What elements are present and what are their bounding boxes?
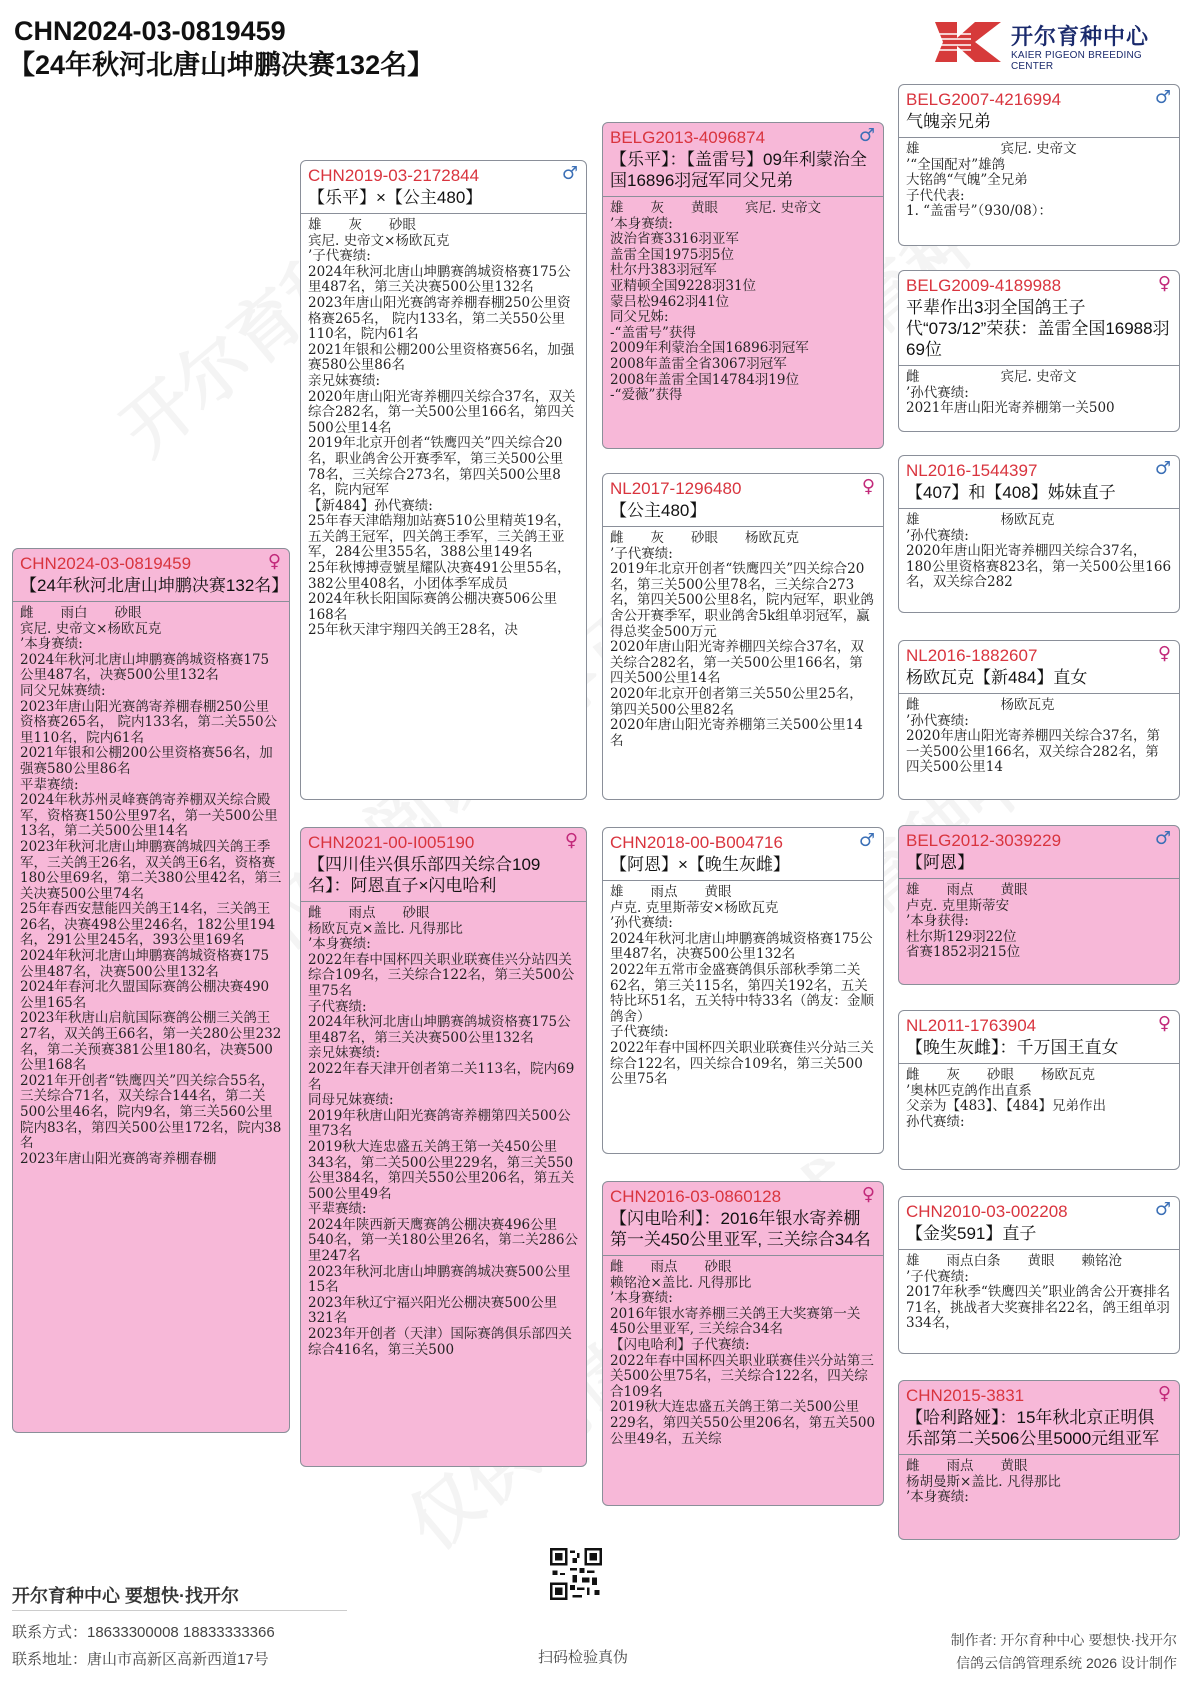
record-line: 赖铭沧×盖比. 凡得那比	[610, 1276, 876, 1292]
card-header: CHN2015-3831♀【哈利路娅】：15年秋北京正明俱乐部第二关506公里5…	[899, 1381, 1179, 1455]
pedigree-card-ds-sire[interactable]: BELG2012-3039229♂【阿恩】雄 雨点 黄眼卢克. 克里斯蒂安’本身…	[898, 825, 1180, 985]
ring-number: NL2016-1544397	[906, 460, 1171, 482]
record-line: 雄 杨欧瓦克	[906, 513, 1172, 529]
record-line: 省赛1852羽215位	[906, 945, 1172, 961]
pigeon-name: 【阿恩】	[906, 852, 1171, 873]
card-body: 雄 宾尼. 史帝文’“全国配对”雄鸽大铭鸽“气魄”全兄弟子代代表:1. “盖雷号…	[899, 138, 1179, 224]
record-line: 2020年唐山阳光寄养棚四关综合37名，双关综合282名，第一关500公里166…	[610, 640, 876, 687]
record-line: ’本身赛绩:	[610, 1291, 876, 1307]
pigeon-name: 【金奖591】直子	[906, 1223, 1171, 1244]
record-line: 波治省赛3316羽亚军	[610, 232, 876, 248]
record-line: 雌 雨白 砂眼	[20, 606, 282, 622]
record-line: 2024年秋苏州灵峰赛鸽寄养棚双关综合殿军，资格赛150公里97名，第一关500…	[20, 793, 282, 840]
record-line: 同父兄妹赛绩:	[20, 684, 282, 700]
ring-number: CHN2016-03-0860128	[610, 1186, 875, 1208]
male-icon: ♂	[1155, 1199, 1171, 1221]
pigeon-name: 【四川佳兴俱乐部四关综合109名】：阿恩直子×闪电哈利	[308, 854, 578, 896]
card-header: NL2016-1882607♀杨欧瓦克【新484】直女	[899, 641, 1179, 694]
title-ring: CHN2024-03-0819459	[14, 16, 286, 46]
card-header: CHN2021-00-I005190♀【四川佳兴俱乐部四关综合109名】：阿恩直…	[301, 828, 586, 902]
record-line: 亲兄妹赛绩:	[308, 1046, 579, 1062]
pigeon-name: 【24年秋河北唐山坤鹏决赛132名】	[20, 575, 281, 596]
card-header: BELG2012-3039229♂【阿恩】	[899, 826, 1179, 879]
card-body: 雄 杨欧瓦克’孙代赛绩:2020年唐山阳光寄养棚四关综合37名，180公里资格赛…	[899, 509, 1179, 595]
record-line: ’本身赛绩:	[20, 637, 282, 653]
record-line: 2019秋大连忠盛五关鸽王第二关500公里229名，第四关550公里206名，第…	[610, 1400, 876, 1447]
record-line: 2024年秋河北唐山坤鹏赛鸽城资格赛175公里487名，决赛500公里132名	[20, 653, 282, 684]
pigeon-name: 杨欧瓦克【新484】直女	[906, 667, 1171, 688]
record-line: 2022年春天津开创者第二关113名，院内69名	[308, 1062, 579, 1093]
card-header: BELG2007-4216994♂气魄亲兄弟	[899, 85, 1179, 138]
record-line: 2022年五常市金盛赛鸽俱乐部秋季第二关62名，第三关115名，第四关192名，…	[610, 963, 876, 1025]
female-icon: ♀	[1158, 1013, 1171, 1035]
card-header: NL2011-1763904♀【晚生灰雌】：千万国王直女	[899, 1011, 1179, 1064]
record-line: 25年春西安慧能四关鸽王14名，三关鸽王26名，决赛498公里246名，182公…	[20, 902, 282, 949]
record-line: 2019年秋唐山阳光赛鸽寄养棚第四关500公里73名	[308, 1109, 579, 1140]
ring-number: NL2016-1882607	[906, 645, 1171, 667]
female-icon: ♀	[1158, 643, 1171, 665]
record-line: 2017年秋季“铁鹰四关”职业鸽舍公开赛排名71名，挑战者大奖赛排名22名，鸽王…	[906, 1285, 1172, 1332]
pedigree-card-sire-dam[interactable]: NL2017-1296480♀【公主480】雌 灰 砂眼 杨欧瓦克’子代赛绩:2…	[602, 473, 884, 800]
record-line: 2021年唐山阳光寄养棚第一关500	[906, 401, 1172, 417]
record-line: 雄 雨点 黄眼	[906, 883, 1172, 899]
record-line: 2024年陕西新天鹰赛鸽公棚决赛496公里540名，第一关180公里26名，第二…	[308, 1218, 579, 1265]
card-body: 雄 雨点 黄眼卢克. 克里斯蒂安×杨欧瓦克’孙代赛绩:2024年秋河北唐山坤鹏赛…	[603, 881, 883, 1092]
ring-number: BELG2009-4189988	[906, 275, 1171, 297]
record-line: 2020年北京开创者第三关550公里25名，第四关500公里82名	[610, 687, 876, 718]
record-line: 大铭鸽“气魄”全兄弟	[906, 173, 1172, 189]
record-line: 宾尼. 史帝文×杨欧瓦克	[308, 234, 579, 250]
record-line: 2019秋大连忠盛五关鸽王第一关450公里343名，第二关500公里229名，第…	[308, 1140, 579, 1202]
record-line: 2020年唐山阳光寄养棚四关综合37名，180公里资格赛823名，第一关500公…	[906, 544, 1172, 591]
footer-slogan: 开尔育种中心 要想快·找开尔	[12, 1582, 239, 1608]
ring-number: CHN2024-03-0819459	[20, 553, 281, 575]
pigeon-name: 【哈利路娅】：15年秋北京正明俱乐部第二关506公里5000元组亚军	[906, 1407, 1171, 1449]
record-line: ’孙代赛绩:	[906, 529, 1172, 545]
ring-number: CHN2021-00-I005190	[308, 832, 578, 854]
ring-number: NL2011-1763904	[906, 1015, 1171, 1037]
logo: 开尔育种中心 KAIER PIGEON BREEDING CENTER	[935, 18, 1180, 66]
record-line: ’奥林匹克鸽作出直系	[906, 1084, 1172, 1100]
record-line: 2019年北京开创者“铁鹰四关”四关综合20名，职业鸽舍公开赛季军，第三关500…	[308, 436, 579, 498]
ring-number: CHN2018-00-B004716	[610, 832, 875, 854]
qr-label: 扫码检验真伪	[538, 1646, 628, 1667]
card-header: CHN2024-03-0819459♀【24年秋河北唐山坤鹏决赛132名】	[13, 549, 289, 602]
record-line: 2024年秋河北唐山坤鹏赛鸽城资格赛175公里487名，第三关决赛500公里13…	[308, 1015, 579, 1046]
pedigree-card-ds-dam[interactable]: NL2011-1763904♀【晚生灰雌】：千万国王直女雌 灰 砂眼 杨欧瓦克’…	[898, 1010, 1180, 1170]
female-icon: ♀	[1158, 273, 1171, 295]
record-line: 25年春天津皓翔加站赛510公里精英19名，五关鸽王冠军，四关鸽王季军，三关鸽王…	[308, 514, 579, 561]
card-header: CHN2010-03-002208♂【金奖591】直子	[899, 1197, 1179, 1250]
record-line: 2022年春中国杯四关职业联赛佳兴分站四关综合109名，三关综合122名，第三关…	[308, 953, 579, 1000]
record-line: 平辈赛绩:	[20, 778, 282, 794]
card-body: 雌 灰 砂眼 杨欧瓦克’奥林匹克鸽作出直系父亲为【483】、【484】兄弟作出孙…	[899, 1064, 1179, 1134]
record-line: 2024年秋河北唐山坤鹏赛鸽城资格赛175公里487名，第三关决赛500公里13…	[308, 265, 579, 296]
ring-number: CHN2010-03-002208	[906, 1201, 1171, 1223]
record-line: 2024年秋河北唐山坤鹏赛鸽城资格赛175公里487名，决赛500公里132名	[20, 949, 282, 980]
record-line: 雌 雨点 砂眼	[610, 1260, 876, 1276]
card-body: 雌 灰 砂眼 杨欧瓦克’子代赛绩:2019年北京开创者“铁鹰四关”四关综合20名…	[603, 527, 883, 753]
record-line: 雌 雨点 黄眼	[906, 1459, 1172, 1475]
record-line: ’本身获得:	[906, 914, 1172, 930]
record-line: 蒙吕松9462羽41位	[610, 295, 876, 311]
record-line: 2020年唐山阳光寄养棚四关综合37名，第一关500公里166名，双关综合282…	[906, 729, 1172, 776]
male-icon: ♂	[1155, 828, 1171, 850]
record-line: 2016年银水寄养棚三关鸽王大奖赛第一关450公里亚军, 三关综合34名	[610, 1307, 876, 1338]
record-line: 2023年唐山阳光赛鸽寄养棚春棚250公里资格赛265名， 院内133名，第二关…	[308, 296, 579, 343]
male-icon: ♂	[859, 830, 875, 852]
pigeon-name: 【乐平】：【盖雷号】09年利蒙治全国16896羽冠军同父兄弟	[610, 149, 875, 191]
record-line: -“爱薇”获得	[610, 388, 876, 404]
card-body: 雄 灰 黄眼 宾尼. 史帝文’本身赛绩:波治省赛3316羽亚军盖雷全国1975羽…	[603, 197, 883, 408]
record-line: 2008年盖雷全省3067羽冠军	[610, 357, 876, 373]
page-title: CHN2024-03-0819459 【24年秋河北唐山坤鹏决赛132名】	[14, 14, 434, 82]
record-line: 2022年春中国杯四关职业联赛佳兴分站第三关500公里75名，三关综合122名，…	[610, 1354, 876, 1401]
record-line: 25年秋博搏壹號星耀队决赛491公里55名，382公里408名，小团体季军成员	[308, 561, 579, 592]
ring-number: BELG2013-4096874	[610, 127, 875, 149]
record-line: ’孙代赛绩:	[610, 916, 876, 932]
record-line: 宾尼. 史帝文×杨欧瓦克	[20, 622, 282, 638]
record-line: 2023年唐山阳光赛鸽寄养棚春棚	[20, 1152, 282, 1168]
record-line: 雄 雨点 黄眼	[610, 885, 876, 901]
record-line: ’子代赛绩:	[610, 547, 876, 563]
pedigree-card-subject[interactable]: CHN2024-03-0819459♀【24年秋河北唐山坤鹏决赛132名】雌 雨…	[12, 548, 290, 1433]
card-header: CHN2019-03-2172844♂【乐平】×【公主480】	[301, 161, 586, 214]
record-line: 2009年利蒙治全国16896羽冠军	[610, 341, 876, 357]
male-icon: ♂	[1155, 87, 1171, 109]
record-line: 杨欧瓦克×盖比. 凡得那比	[308, 922, 579, 938]
pigeon-name: 【闪电哈利】：2016年银水寄养棚第一关450公里亚军, 三关综合34名	[610, 1208, 875, 1250]
male-icon: ♂	[1155, 458, 1171, 480]
ring-number: BELG2007-4216994	[906, 89, 1171, 111]
pigeon-name: 【公主480】	[610, 500, 875, 521]
record-line: 子代代表:	[906, 189, 1172, 205]
qr-code-icon[interactable]	[550, 1548, 602, 1600]
pedigree-card-sd-sire[interactable]: NL2016-1544397♂【407】和【408】姊妹直子雄 杨欧瓦克’孙代赛…	[898, 455, 1180, 613]
pedigree-card-dam[interactable]: CHN2021-00-I005190♀【四川佳兴俱乐部四关综合109名】：阿恩直…	[300, 827, 587, 1467]
pigeon-name: 【407】和【408】姊妹直子	[906, 482, 1171, 503]
record-line: -“盖雷号”获得	[610, 326, 876, 342]
credit-system: 信鸽云信鸽管理系统 2026 设计制作	[956, 1653, 1177, 1673]
record-line: 杜尔丹383羽冠军	[610, 263, 876, 279]
footer-divider	[12, 1610, 347, 1611]
pigeon-name: 气魄亲兄弟	[906, 111, 1171, 132]
card-body: 雌 雨点 砂眼赖铭沧×盖比. 凡得那比’本身赛绩:2016年银水寄养棚三关鸽王大…	[603, 1256, 883, 1451]
card-body: 雄 雨点 黄眼卢克. 克里斯蒂安’本身获得:杜尔斯129羽22位省赛1852羽2…	[899, 879, 1179, 965]
card-header: BELG2013-4096874♂【乐平】：【盖雷号】09年利蒙治全国16896…	[603, 123, 883, 197]
pigeon-name: 平辈作出3羽全国鸽王子代“073/12”荣获：盖雷全国16988羽69位	[906, 297, 1171, 360]
record-line: 平辈赛绩:	[308, 1202, 579, 1218]
record-line: 2024年秋河北唐山坤鹏赛鸽城资格赛175公里487名，决赛500公里132名	[610, 932, 876, 963]
pedigree-card-dam-sire[interactable]: CHN2018-00-B004716♂【阿恩】×【晚生灰雌】雄 雨点 黄眼卢克.…	[602, 827, 884, 1154]
record-line: ’子代赛绩:	[906, 1270, 1172, 1286]
card-header: BELG2009-4189988♀平辈作出3羽全国鸽王子代“073/12”荣获：…	[899, 271, 1179, 366]
record-line: 2023年开创者（天津）国际赛鸽俱乐部四关综合416名，第三关500	[308, 1327, 579, 1358]
female-icon: ♀	[565, 830, 578, 852]
record-line: ’孙代赛绩:	[906, 386, 1172, 402]
record-line: 2024年春河北久盟国际赛鸽公棚决赛490公里165名	[20, 980, 282, 1011]
female-icon: ♀	[862, 476, 875, 498]
pedigree-card-dd-sire[interactable]: CHN2010-03-002208♂【金奖591】直子雄 雨点白条 黄眼 赖铭沧…	[898, 1196, 1180, 1354]
ring-number: NL2017-1296480	[610, 478, 875, 500]
record-line: 2020年唐山阳光寄养棚四关综合37名，双关综合282名，第一关500公里166…	[308, 390, 579, 437]
record-line: ’子代赛绩:	[308, 249, 579, 265]
record-line: 卢克. 克里斯蒂安×杨欧瓦克	[610, 901, 876, 917]
record-line: 雌 雨点 砂眼	[308, 906, 579, 922]
card-body: 雌 雨点 砂眼杨欧瓦克×盖比. 凡得那比’本身赛绩:2022年春中国杯四关职业联…	[301, 902, 586, 1362]
female-icon: ♀	[268, 551, 281, 573]
record-line: 2020年唐山阳光寄养棚第三关500公里14名	[610, 718, 876, 749]
record-line: ’本身赛绩:	[906, 1490, 1172, 1506]
record-line: 父亲为【483】、【484】兄弟作出	[906, 1099, 1172, 1115]
record-line: 雄 灰 黄眼 宾尼. 史帝文	[610, 201, 876, 217]
record-line: 【闪电哈利】子代赛绩:	[610, 1338, 876, 1354]
record-line: 杨胡曼斯×盖比. 凡得那比	[906, 1475, 1172, 1491]
record-line: 2021年银和公棚200公里资格赛56名，加强赛580公里86名	[308, 343, 579, 374]
male-icon: ♂	[562, 163, 578, 185]
record-line: 卢克. 克里斯蒂安	[906, 899, 1172, 915]
record-line: 孙代赛绩:	[906, 1115, 1172, 1131]
card-body: 雌 杨欧瓦克’孙代赛绩:2020年唐山阳光寄养棚四关综合37名，第一关500公里…	[899, 694, 1179, 780]
record-line: 2022年春中国杯四关职业联赛佳兴分站三关综合122名，四关综合109名，第三关…	[610, 1041, 876, 1088]
pigeon-name: 【晚生灰雌】：千万国王直女	[906, 1037, 1171, 1058]
record-line: 2023年秋河北唐山坤鹏赛鸽城决赛500公里15名	[308, 1265, 579, 1296]
record-line: 子代赛绩:	[610, 1025, 876, 1041]
title-subtitle: 【24年秋河北唐山坤鹏决赛132名】	[8, 48, 434, 82]
record-line: 同母兄妹赛绩:	[308, 1093, 579, 1109]
record-line: 2023年唐山阳光赛鸽寄养棚春棚250公里资格赛265名， 院内133名，第二关…	[20, 700, 282, 747]
record-line: 2024年秋长阳国际赛鸽公棚决赛506公里168名	[308, 592, 579, 623]
record-line: 2023年秋河北唐山坤鹏赛鸽城四关鸽王季军，三关鸽王26名，双关鸽王6名，资格赛…	[20, 840, 282, 902]
card-body: 雄 灰 砂眼宾尼. 史帝文×杨欧瓦克’子代赛绩:2024年秋河北唐山坤鹏赛鸽城资…	[301, 214, 586, 643]
pedigree-card-sire-sire[interactable]: BELG2013-4096874♂【乐平】：【盖雷号】09年利蒙治全国16896…	[602, 122, 884, 449]
record-line: ’孙代赛绩:	[906, 714, 1172, 730]
pigeon-name: 【阿恩】×【晚生灰雌】	[610, 854, 875, 875]
record-line: ’本身赛绩:	[308, 937, 579, 953]
credit-maker: 制作者: 开尔育种中心 要想快·找开尔	[951, 1630, 1177, 1650]
ring-number: BELG2012-3039229	[906, 830, 1171, 852]
pedigree-card-ss-dam[interactable]: BELG2009-4189988♀平辈作出3羽全国鸽王子代“073/12”荣获：…	[898, 270, 1180, 432]
record-line: 2023年秋唐山启航国际赛鸽公棚三关鸽王27名，双关鸽王66名，第一关280公里…	[20, 1011, 282, 1073]
record-line: 2021年银和公棚200公里资格赛56名，加强赛580公里86名	[20, 746, 282, 777]
record-line: 25年秋天津宇翔四关鸽王28名，决	[308, 623, 579, 639]
record-line: 2023年秋辽宁福兴阳光公棚决赛500公里321名	[308, 1296, 579, 1327]
pedigree-card-dd-dam[interactable]: CHN2015-3831♀【哈利路娅】：15年秋北京正明俱乐部第二关506公里5…	[898, 1380, 1180, 1540]
record-line: 雌 灰 砂眼 杨欧瓦克	[610, 531, 876, 547]
pigeon-name: 【乐平】×【公主480】	[308, 187, 578, 208]
footer-address: 联系地址：唐山市高新区高新西道17号	[12, 1648, 269, 1669]
card-header: NL2016-1544397♂【407】和【408】姊妹直子	[899, 456, 1179, 509]
record-line: 亲兄妹赛绩:	[308, 374, 579, 390]
card-body: 雌 宾尼. 史帝文’孙代赛绩:2021年唐山阳光寄养棚第一关500	[899, 366, 1179, 421]
card-body: 雌 雨白 砂眼宾尼. 史帝文×杨欧瓦克’本身赛绩:2024年秋河北唐山坤鹏赛鸽城…	[13, 602, 289, 1171]
male-icon: ♂	[859, 125, 875, 147]
record-line: ’本身赛绩:	[610, 217, 876, 233]
record-line: 同父兄姊:	[610, 310, 876, 326]
card-body: 雌 雨点 黄眼杨胡曼斯×盖比. 凡得那比’本身赛绩:	[899, 1455, 1179, 1510]
pedigree-card-dam-dam[interactable]: CHN2016-03-0860128♀【闪电哈利】：2016年银水寄养棚第一关4…	[602, 1181, 884, 1506]
record-line: 2008年盖雷全国14784羽19位	[610, 373, 876, 389]
ring-number: CHN2015-3831	[906, 1385, 1171, 1407]
record-line: 雄 灰 砂眼	[308, 218, 579, 234]
pedigree-card-sire[interactable]: CHN2019-03-2172844♂【乐平】×【公主480】雄 灰 砂眼宾尼.…	[300, 160, 587, 800]
record-line: 2021年开创者“铁鹰四关”四关综合55名，三关综合71名，双关综合144名，第…	[20, 1074, 282, 1152]
kaier-logo-icon	[935, 20, 1003, 64]
record-line: 子代赛绩:	[308, 1000, 579, 1016]
record-line: 雄 雨点白条 黄眼 赖铭沧	[906, 1254, 1172, 1270]
card-body: 雄 雨点白条 黄眼 赖铭沧’子代赛绩:2017年秋季“铁鹰四关”职业鸽舍公开赛排…	[899, 1250, 1179, 1336]
logo-en: KAIER PIGEON BREEDING CENTER	[1011, 50, 1180, 72]
record-line: 【新484】孙代赛绩:	[308, 499, 579, 515]
record-line: 雌 杨欧瓦克	[906, 698, 1172, 714]
footer-contact: 联系方式：18633300008 18833333366	[12, 1621, 275, 1642]
female-icon: ♀	[862, 1184, 875, 1206]
card-header: NL2017-1296480♀【公主480】	[603, 474, 883, 527]
record-line: 雌 宾尼. 史帝文	[906, 370, 1172, 386]
logo-cn: 开尔育种中心	[1011, 20, 1149, 51]
record-line: 1. “盖雷号”（930/08）：	[906, 204, 1172, 220]
ring-number: CHN2019-03-2172844	[308, 165, 578, 187]
card-header: CHN2016-03-0860128♀【闪电哈利】：2016年银水寄养棚第一关4…	[603, 1182, 883, 1256]
female-icon: ♀	[1158, 1383, 1171, 1405]
record-line: 2019年北京开创者“铁鹰四关”四关综合20名，第三关500公里78名，三关综合…	[610, 562, 876, 640]
pedigree-card-ss-sire[interactable]: BELG2007-4216994♂气魄亲兄弟雄 宾尼. 史帝文’“全国配对”雄鸽…	[898, 84, 1180, 246]
record-line: 雄 宾尼. 史帝文	[906, 142, 1172, 158]
pedigree-card-sd-dam[interactable]: NL2016-1882607♀杨欧瓦克【新484】直女雌 杨欧瓦克’孙代赛绩:2…	[898, 640, 1180, 800]
card-header: CHN2018-00-B004716♂【阿恩】×【晚生灰雌】	[603, 828, 883, 881]
record-line: 亚精顿全国9228羽31位	[610, 279, 876, 295]
record-line: ’“全国配对”雄鸽	[906, 158, 1172, 174]
record-line: 雌 灰 砂眼 杨欧瓦克	[906, 1068, 1172, 1084]
